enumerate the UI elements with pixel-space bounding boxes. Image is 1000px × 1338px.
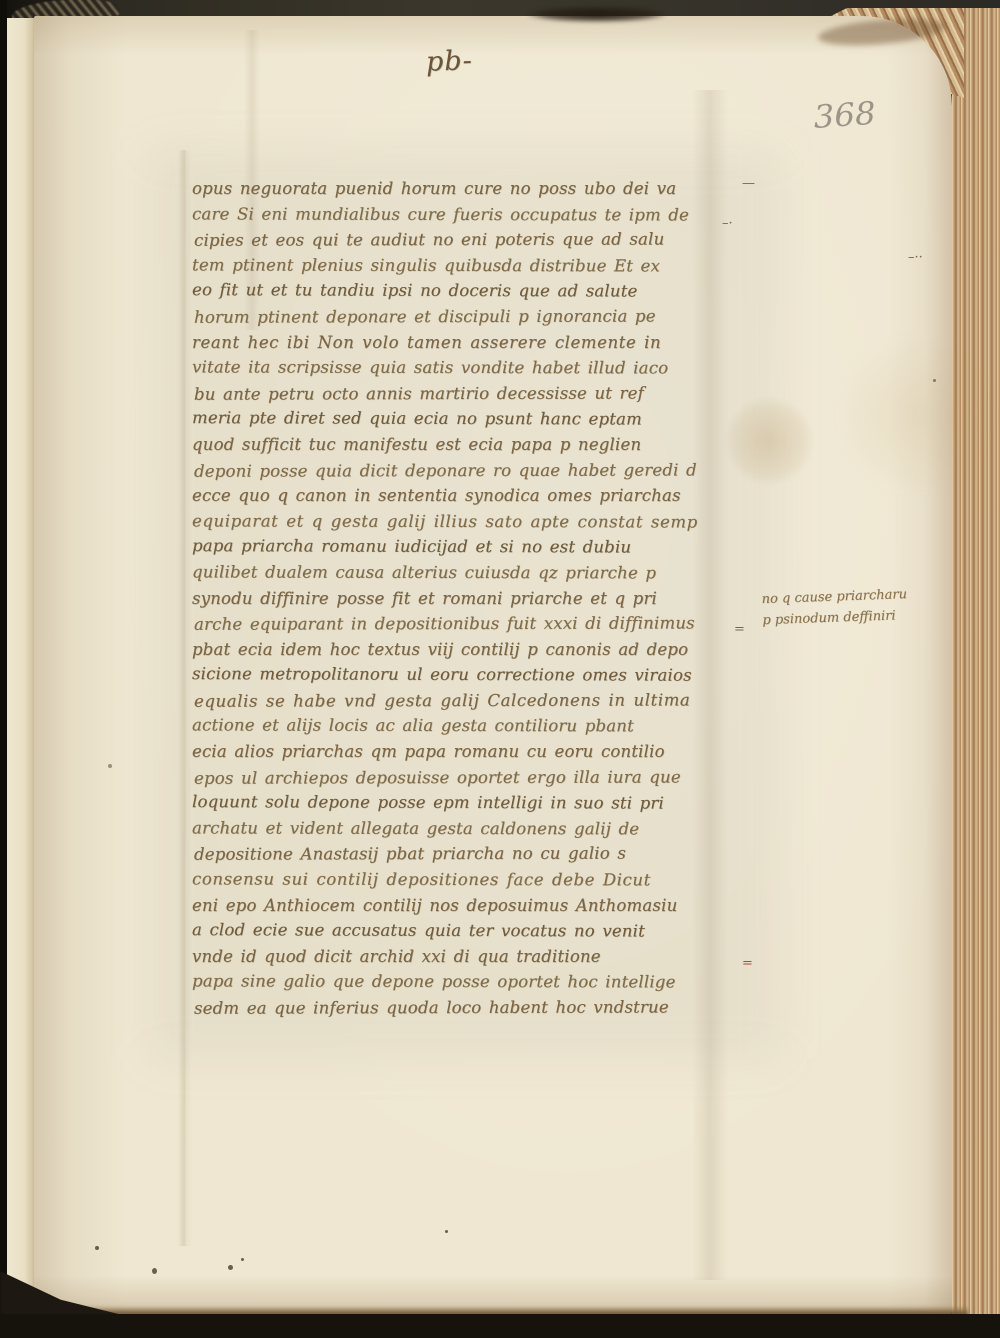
- manuscript-text-line: a clod ecie sue accusatus quia ter vocat…: [192, 917, 758, 944]
- marginal-note: no q cause priarcharu p psinodum deffini…: [761, 583, 942, 631]
- manuscript-text-line: synodu diffinire posse fit et romani pri…: [192, 586, 758, 612]
- binding-edge: [0, 0, 7, 1338]
- manuscript-text-line: papa sine galio que depone posse oportet…: [192, 969, 758, 996]
- manuscript-text-line: ecce quo q canon in sententia synodica o…: [192, 483, 758, 509]
- manuscript-text-line: vnde id quod dicit archid xxi di qua tra…: [192, 944, 758, 970]
- vertical-crease: [178, 150, 192, 1246]
- speck: [445, 1230, 448, 1233]
- manuscript-text-line: arche equiparant in depositionibus fuit …: [194, 610, 760, 637]
- manuscript-text-line: vitate ita scripsisse quia satis vondite…: [192, 355, 758, 382]
- manuscript-text-line: quod sufficit tuc manifestu est ecia pap…: [192, 432, 758, 458]
- manuscript-text-line: equalis se habe vnd gesta galij Calcedon…: [194, 687, 760, 714]
- speck: [228, 1265, 233, 1270]
- line-filler-dash: —: [742, 176, 755, 191]
- manuscript-text-line: depositione Anastasij pbat priarcha no c…: [194, 841, 760, 868]
- manuscript-text-line: pbat ecia idem hoc textus viij contilij …: [192, 637, 758, 663]
- speck: [152, 1268, 157, 1274]
- manuscript-text-line: sedm ea que inferius quoda loco habent h…: [194, 994, 760, 1021]
- gutter-page-edge: [7, 18, 36, 1314]
- speck: [241, 1258, 244, 1261]
- manuscript-text-line: actione et alijs locis ac alia gesta con…: [192, 713, 758, 740]
- speck: [933, 379, 936, 382]
- manuscript-text-line: loquunt solu depone posse epm intelligi …: [192, 789, 758, 816]
- manuscript-scan: pb- 368 opus neguorata puenid horum cure…: [0, 0, 1000, 1338]
- manuscript-text-line: eni epo Anthiocem contilij nos deposuimu…: [192, 893, 758, 919]
- manuscript-text-block: opus neguorata puenid horum cure no poss…: [192, 176, 758, 1022]
- manuscript-text-line: papa priarcha romanu iudicijad et si no …: [192, 533, 758, 560]
- manuscript-text-line: cipies et eos qui te audiut no eni poter…: [194, 226, 760, 253]
- manuscript-text-line: opus neguorata puenid horum cure no poss…: [192, 176, 758, 202]
- speck: [95, 1246, 99, 1250]
- manuscript-text-line: horum ptinent deponare et discipuli p ig…: [194, 303, 760, 330]
- quire-header-mark: pb-: [425, 45, 473, 78]
- manuscript-text-line: tem ptinent plenius singulis quibusda di…: [192, 252, 758, 279]
- manuscript-text-line: reant hec ibi Non volo tamen asserere cl…: [192, 330, 758, 356]
- line-filler-dash: –·: [722, 216, 733, 231]
- manuscript-text-line: epos ul archiepos deposuisse oportet erg…: [194, 764, 760, 791]
- manuscript-text-line: meria pte diret sed quia ecia no psunt h…: [192, 405, 758, 432]
- manuscript-text-line: sicione metropolitanoru ul eoru correcti…: [192, 661, 758, 688]
- manuscript-text-line: deponi posse quia dicit deponare ro quae…: [194, 457, 760, 484]
- manuscript-text-line: archatu et vident allegata gesta caldone…: [192, 815, 758, 842]
- folio-number-pencil: 368: [811, 94, 878, 136]
- speck: [108, 764, 112, 768]
- manuscript-text-line: care Si eni mundialibus cure fueris occu…: [192, 201, 758, 228]
- manuscript-text-line: eo fit ut et tu tandiu ipsi no doceris q…: [192, 277, 758, 304]
- parchment-stain: [840, 330, 990, 500]
- manuscript-text-line: ecia alios priarchas qm papa romanu cu e…: [192, 739, 758, 765]
- red-margin-mark: =: [742, 956, 753, 971]
- line-filler-dash: =: [734, 622, 745, 637]
- manuscript-text-line: equiparat et q gesta galij illius sato a…: [192, 508, 758, 535]
- edge-smudge: [528, 7, 666, 22]
- fore-edge-page-stack: [952, 8, 1000, 1316]
- manuscript-page: pb- 368 opus neguorata puenid horum cure…: [34, 16, 952, 1314]
- margin-dot-mark: –··: [908, 250, 923, 265]
- manuscript-text-line: quilibet dualem causa alterius cuiusda q…: [192, 559, 758, 586]
- manuscript-text-line: bu ante petru octo annis martirio decess…: [194, 380, 760, 407]
- book-bottom-edge: [0, 1314, 1000, 1338]
- manuscript-text-line: consensu sui contilij depositiones face …: [192, 866, 758, 893]
